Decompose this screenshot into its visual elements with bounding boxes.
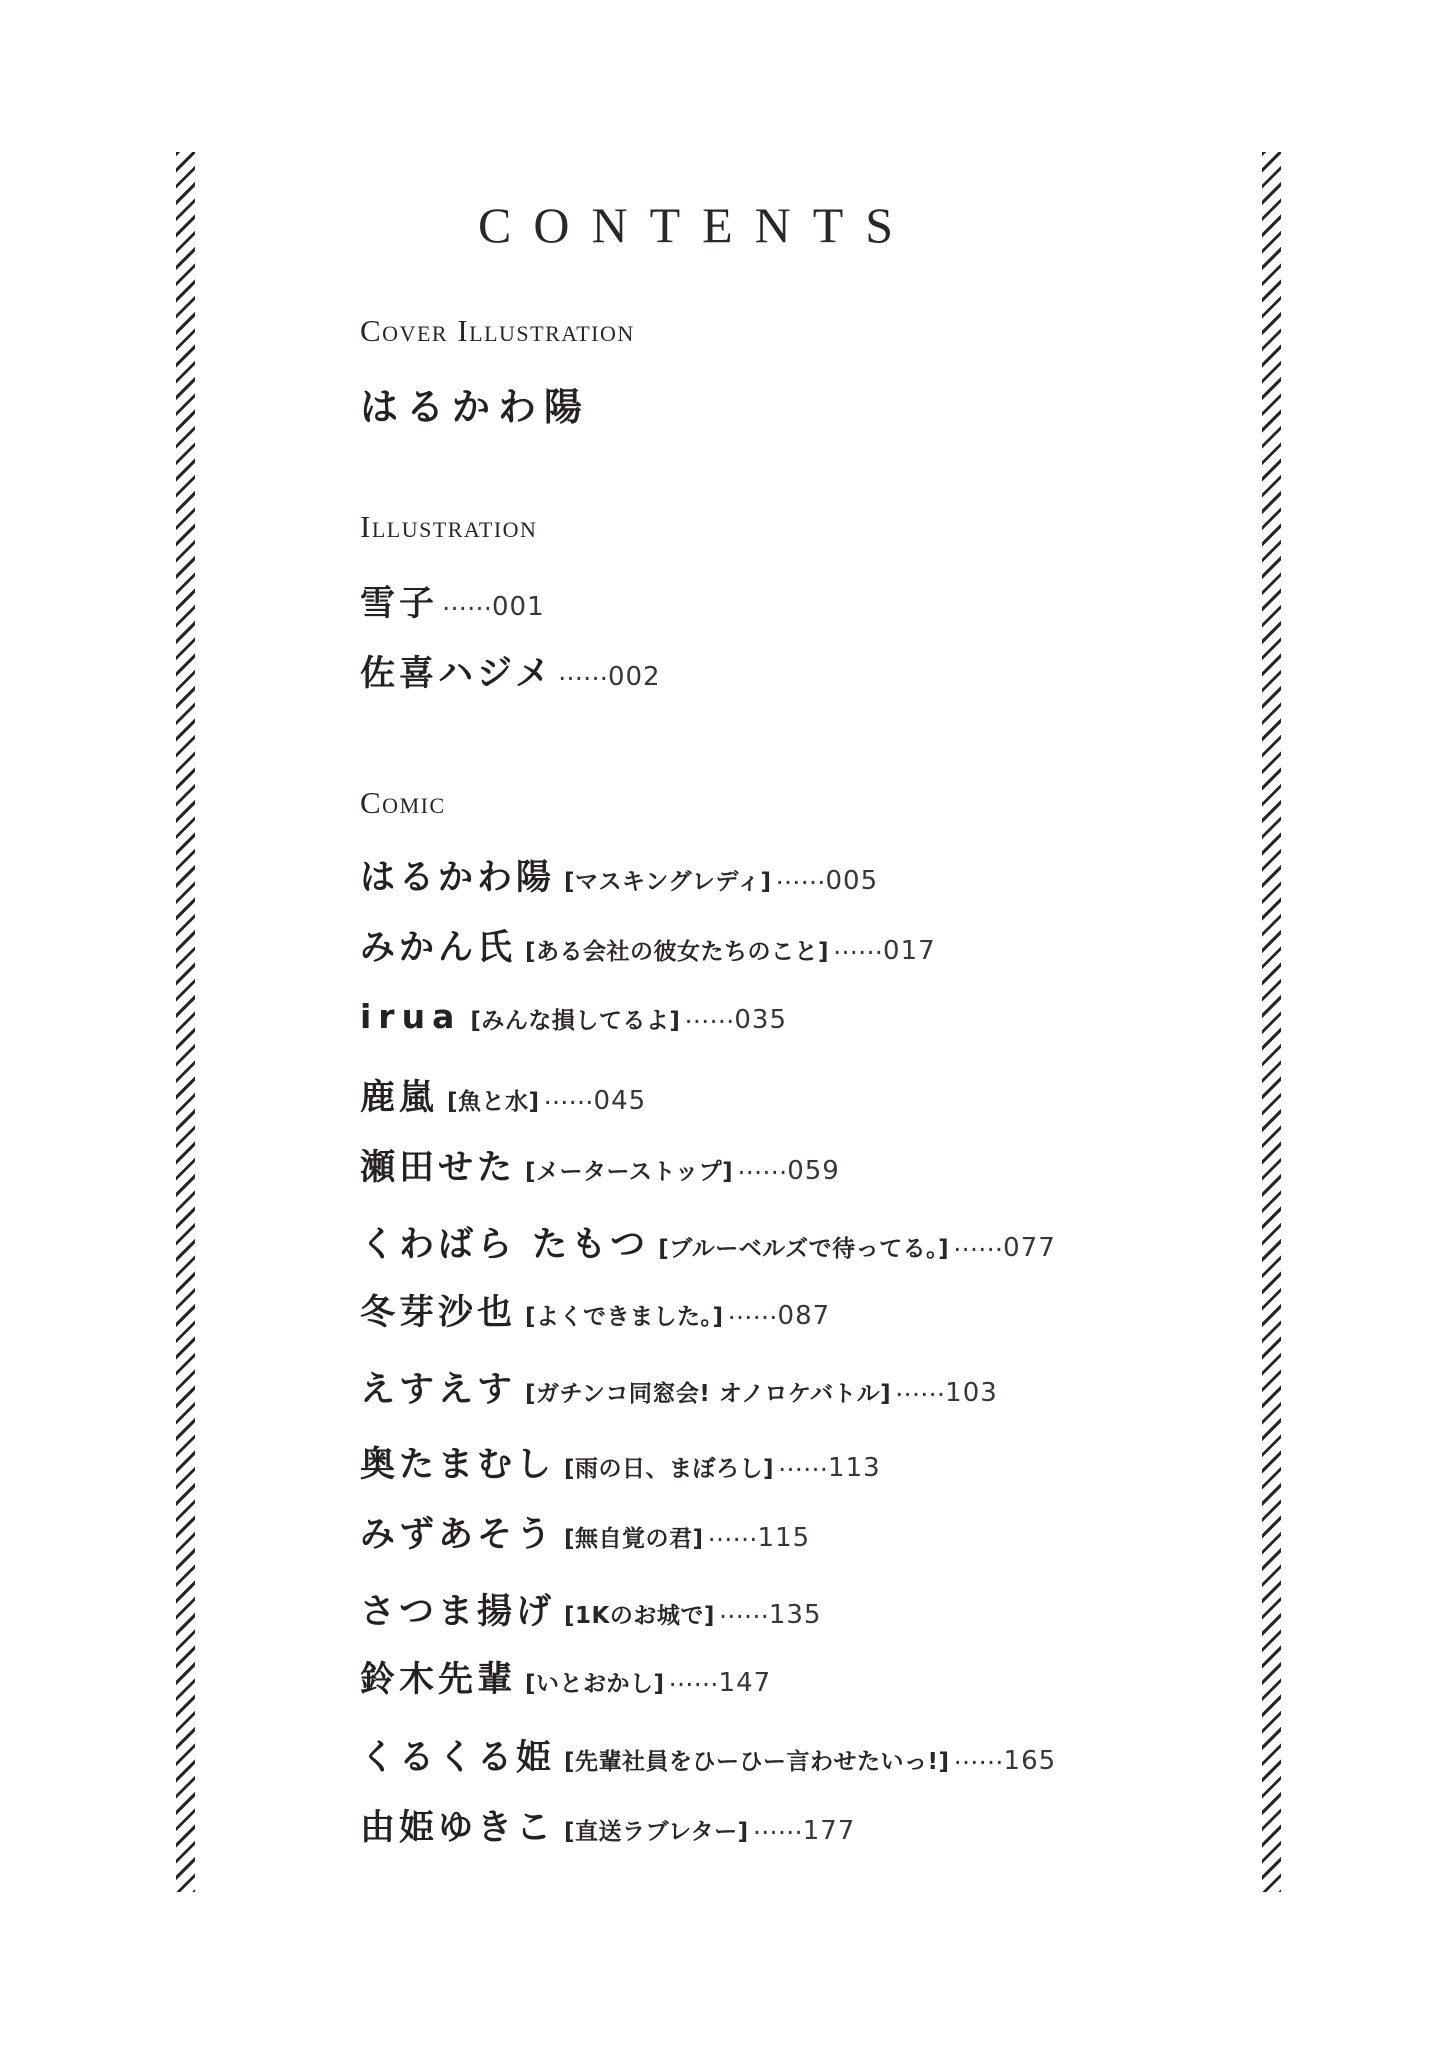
- work-title: [メーターストップ]: [525, 1153, 733, 1186]
- work-title: [ガチンコ同窓会! オノロケバトル]: [525, 1375, 891, 1408]
- dot-leader: ……: [753, 1811, 803, 1840]
- artist-name: 冬芽沙也: [360, 1285, 516, 1335]
- dot-leader: ……: [669, 1663, 719, 1692]
- hatch-border-right: [1262, 152, 1281, 1892]
- dot-leader: ……: [737, 1151, 787, 1180]
- dot-leader: ……: [558, 657, 608, 686]
- toc-entry: みずあそう [無自覚の君] …… 115: [360, 1507, 810, 1557]
- artist-name: えすえす: [360, 1362, 516, 1412]
- toc-entry: くるくる姫 [先輩社員をひーひー言わせたいっ!] …… 165: [360, 1730, 1056, 1780]
- section-heading-comic: Comic: [360, 786, 446, 820]
- page-number: 045: [594, 1086, 647, 1116]
- page-number: 059: [787, 1156, 840, 1186]
- section-heading-illustration: Illustration: [360, 510, 537, 544]
- artist-name: みかん氏: [360, 920, 516, 970]
- work-title: [ある会社の彼女たちのこと]: [525, 933, 829, 966]
- page-number: 002: [608, 662, 661, 692]
- artist-name: 瀬田せた: [360, 1140, 516, 1190]
- page-number: 147: [719, 1668, 772, 1698]
- toc-entry: みかん氏 [ある会社の彼女たちのこと] …… 017: [360, 920, 936, 970]
- artist-name: くるくる姫: [360, 1730, 555, 1780]
- page-number: 165: [1004, 1746, 1057, 1776]
- toc-entry: 瀬田せた [メーターストップ] …… 059: [360, 1140, 840, 1190]
- page-number: 087: [778, 1301, 831, 1331]
- page-number: 103: [945, 1378, 998, 1408]
- toc-entry: 雪子 …… 001: [360, 576, 545, 626]
- toc-entry: irua [みんな損してるよ] …… 035: [360, 997, 787, 1036]
- page-number: 017: [883, 936, 936, 966]
- artist-name: 由姫ゆきこ: [360, 1800, 555, 1850]
- page-number: 005: [826, 866, 879, 896]
- dot-leader: ……: [953, 1228, 1003, 1257]
- dot-leader: ……: [544, 1081, 594, 1110]
- page-number: 115: [758, 1523, 811, 1553]
- artist-name: 奥たまむし: [360, 1437, 555, 1487]
- work-title: [雨の日、まぼろし]: [564, 1450, 774, 1483]
- dot-leader: ……: [708, 1518, 758, 1547]
- page-number: 135: [769, 1600, 822, 1630]
- page-number: 113: [828, 1453, 881, 1483]
- work-title: [マスキングレディ]: [564, 863, 772, 896]
- dot-leader: ……: [833, 931, 883, 960]
- toc-entry: はるかわ陽 [マスキングレディ] …… 005: [360, 850, 878, 900]
- toc-entry: 鈴木先輩 [いとおかし] …… 147: [360, 1652, 771, 1702]
- toc-entry: さつま揚げ [1Kのお城で] …… 135: [360, 1584, 822, 1634]
- work-title: [無自覚の君]: [564, 1520, 704, 1553]
- work-title: [みんな損してるよ]: [470, 1002, 680, 1035]
- artist-name: irua: [360, 997, 461, 1036]
- work-title: [魚と水]: [447, 1083, 540, 1116]
- artist-name: はるかわ陽: [360, 850, 555, 900]
- toc-entry: くわばら たもつ [ブルーベルズで待ってる。] …… 077: [360, 1217, 1056, 1267]
- artist-name: 雪子: [360, 576, 438, 626]
- toc-entry: 佐喜ハジメ …… 002: [360, 646, 661, 696]
- page-title: CONTENTS: [478, 198, 915, 253]
- work-title: [よくできました。]: [525, 1298, 724, 1331]
- work-title: [先輩社員をひーひー言わせたいっ!]: [564, 1743, 950, 1776]
- toc-page: CONTENTS Cover Illustration はるかわ陽 Illust…: [0, 0, 1441, 2048]
- cover-artist-name: はるかわ陽: [360, 376, 590, 431]
- page-number: 077: [1003, 1233, 1056, 1263]
- dot-leader: ……: [778, 1448, 828, 1477]
- page-number: 001: [492, 592, 545, 622]
- work-title: [いとおかし]: [525, 1665, 665, 1698]
- hatch-border-left: [176, 152, 195, 1892]
- artist-name: 佐喜ハジメ: [360, 646, 554, 696]
- work-title: [直送ラブレター]: [564, 1813, 749, 1846]
- dot-leader: ……: [954, 1741, 1004, 1770]
- dot-leader: ……: [728, 1296, 778, 1325]
- work-title: [1Kのお城で]: [564, 1597, 715, 1630]
- dot-leader: ……: [719, 1595, 769, 1624]
- work-title: [ブルーベルズで待ってる。]: [658, 1230, 949, 1263]
- dot-leader: ……: [684, 1000, 734, 1029]
- dot-leader: ……: [442, 587, 492, 616]
- artist-name: くわばら たもつ: [360, 1217, 649, 1267]
- toc-entry: 鹿嵐 [魚と水] …… 045: [360, 1070, 646, 1120]
- artist-name: 鈴木先輩: [360, 1652, 516, 1702]
- artist-name: みずあそう: [360, 1507, 555, 1557]
- artist-name: さつま揚げ: [360, 1584, 555, 1634]
- artist-name: 鹿嵐: [360, 1070, 438, 1120]
- section-heading-cover-illustration: Cover Illustration: [360, 314, 635, 348]
- toc-entry: えすえす [ガチンコ同窓会! オノロケバトル] …… 103: [360, 1362, 998, 1412]
- toc-entry: 奥たまむし [雨の日、まぼろし] …… 113: [360, 1437, 881, 1487]
- dot-leader: ……: [895, 1373, 945, 1402]
- page-number: 177: [803, 1816, 856, 1846]
- toc-entry: 由姫ゆきこ [直送ラブレター] …… 177: [360, 1800, 855, 1850]
- page-number: 035: [734, 1005, 787, 1035]
- dot-leader: ……: [776, 861, 826, 890]
- toc-entry: 冬芽沙也 [よくできました。] …… 087: [360, 1285, 830, 1335]
